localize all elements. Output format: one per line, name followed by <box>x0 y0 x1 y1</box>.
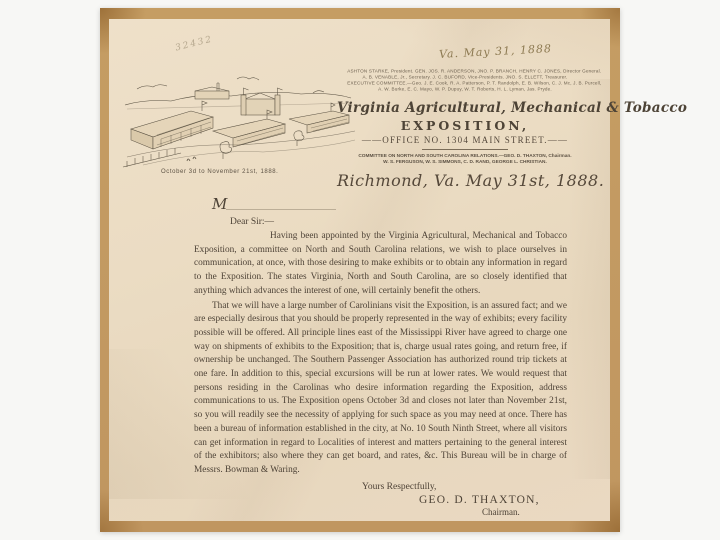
office-address-line: ——OFFICE NO. 1304 MAIN STREET.—— <box>337 135 593 145</box>
officer-names-line: A. B. VENABLE, Jr., Secretary. J. C. BUF… <box>347 75 583 81</box>
closing-line: Yours Respectfully, <box>362 482 567 492</box>
addressee-line: M <box>194 195 567 215</box>
letterhead: ASHTON STARKE, President. GEN. JOS. R. A… <box>337 69 593 190</box>
exposition-engraving-illustration <box>117 71 359 173</box>
addressee-initial: M <box>212 195 227 213</box>
exposition-title: EXPOSITION, <box>337 118 593 133</box>
divider-rule <box>422 149 508 150</box>
letter-paragraph: That we will have a large number of Caro… <box>194 300 567 478</box>
handwritten-date-note: Va. May 31, 1888 <box>439 42 553 61</box>
scanned-letter-photo: 32432 Va. May 31, 1888 <box>0 0 720 540</box>
letter-paragraph: Having been appointed by the Virginia Ag… <box>194 230 567 299</box>
engraving-caption: October 3d to November 21st, 1888. <box>161 169 278 175</box>
addressee-blank-rule <box>226 209 336 210</box>
committee-line: W. S. FERGUSON, W. S. SIMMONS, C. D. RAN… <box>343 159 586 165</box>
signature-name: GEO. D. THAXTON, <box>419 494 567 506</box>
signature-title: Chairman. <box>482 507 567 517</box>
salutation: Dear Sir:— <box>230 217 567 227</box>
letter-body: M Dear Sir:— Having been appointed by th… <box>194 195 567 517</box>
officer-names-line: ASHTON STARKE, President. GEN. JOS. R. A… <box>347 69 583 75</box>
officer-names-line: EXECUTIVE COMMITTEE.—Geo. J. E. Cook, R.… <box>347 81 583 87</box>
dateline: Richmond, Va. May 31st, 1888. <box>337 171 593 190</box>
document-page: 32432 Va. May 31, 1888 <box>100 8 620 532</box>
organization-title: Virginia Agricultural, Mechanical & Toba… <box>337 100 593 116</box>
paper-surface: 32432 Va. May 31, 1888 <box>109 19 610 521</box>
committee-line: COMMITTEE ON NORTH AND SOUTH CAROLINA RE… <box>343 153 586 159</box>
archival-pencil-number: 32432 <box>174 34 214 53</box>
officer-names-line: A. W. Burke, E. C. Mayo, W. P. Dupuy, W.… <box>347 87 583 93</box>
